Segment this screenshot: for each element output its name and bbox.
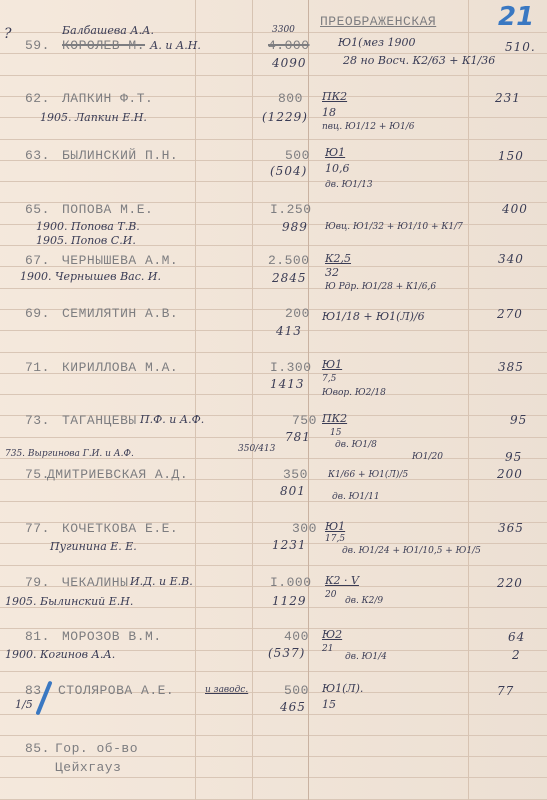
entry-name: КИРИЛЛОВА М.А. (62, 360, 178, 375)
entry-number: 85. (25, 741, 50, 756)
rule-line (0, 714, 547, 715)
entry-number: 65. (25, 202, 50, 217)
value-typed: 4.000 (268, 38, 310, 53)
right-value: 231 (495, 91, 521, 105)
value-typed: 300 (292, 521, 317, 536)
note: Ю2 (322, 628, 342, 641)
right-value: 270 (497, 307, 523, 321)
note: Ю1(Л). (322, 682, 363, 695)
name-suffix: А. и А.Н. (150, 39, 201, 52)
value-hand: 465 (280, 700, 306, 714)
value-hand: (537) (268, 646, 305, 660)
note: Ю Рдр. Ю1/28 + К1/6,6 (325, 282, 436, 292)
right-value: 64 (508, 630, 525, 644)
entry-number: 71. (25, 360, 50, 375)
right-value-2: 95 (505, 450, 522, 464)
value-typed: 800 (278, 91, 303, 106)
note: дв. К2/9 (345, 596, 383, 606)
rule-line (0, 437, 547, 438)
value-typed: I.300 (270, 360, 312, 375)
right-value: 365 (498, 521, 524, 535)
note: К1/66 + Ю1(Л)/5 (328, 470, 408, 480)
rule-line (0, 735, 547, 736)
value-hand: 801 (280, 484, 306, 498)
value-hand: 4090 (272, 56, 307, 70)
right-value: 200 (497, 467, 523, 481)
note: дв. Ю1/4 (345, 652, 387, 662)
rule-line (0, 288, 547, 289)
value-hand: 989 (282, 220, 308, 234)
note: пвц. Ю1/12 + Ю1/6 (322, 122, 414, 132)
rule-line (0, 501, 547, 502)
note: дв. Ю1/11 (332, 492, 380, 502)
entry-name: Гор. об-во (55, 741, 138, 756)
entry-number: 62. (25, 91, 50, 106)
note: Ю1 (322, 358, 342, 371)
right-value: 95 (510, 413, 527, 427)
column-divider (468, 0, 469, 800)
rule-line (0, 394, 547, 395)
value-hand: 1231 (272, 538, 307, 552)
rule-line (0, 565, 547, 566)
value-typed: 200 (285, 306, 310, 321)
sub-line: 1905. Былинский Е.Н. (5, 595, 133, 608)
right-value-2: 2 (512, 648, 521, 662)
entry-number: 69. (25, 306, 50, 321)
note: 15 (322, 698, 336, 711)
column-divider (195, 0, 196, 800)
rule-line (0, 756, 547, 757)
note: 21 (322, 644, 333, 654)
entry-name: СТОЛЯРОВА А.Е. (58, 683, 174, 698)
note: ПК2 (322, 412, 347, 425)
name-suffix: П.Ф. и А.Ф. (140, 413, 204, 426)
handwritten-name: Балбашева А.А. (62, 24, 154, 37)
right-value: 385 (498, 360, 524, 374)
note: 18 (322, 106, 336, 119)
right-value: 510. (505, 40, 536, 54)
entry-name: ЛАПКИН Ф.Т. (62, 91, 153, 106)
entry-name: БЫЛИНСКИЙ П.Н. (62, 148, 178, 163)
sub-line: 1900. Попова Т.В. (36, 220, 140, 233)
entry-name: ЧЕКАЛИНЫ (62, 575, 128, 590)
sub-line: 1900. Чернышев Вас. И. (20, 270, 161, 283)
entry-number: 77. (25, 521, 50, 536)
name-suffix: И.Д. и Е.В. (130, 575, 193, 588)
note: Ю1(мез 1900 (338, 36, 416, 49)
sub-line: 1900. Когинов А.А. (5, 648, 115, 661)
rule-line (0, 181, 547, 182)
entry-name: ТАГАНЦЕВЫ (62, 413, 137, 428)
column-divider (252, 0, 253, 800)
note: Ювц. Ю1/32 + Ю1/10 + К1/7 (325, 222, 463, 232)
value-hand: 1129 (272, 594, 307, 608)
note: дв. Ю1/13 (325, 180, 373, 190)
margin-mark: ? (4, 26, 12, 42)
rule-line (0, 352, 547, 353)
value-typed: 2.500 (268, 253, 310, 268)
value-typed: I.000 (270, 575, 312, 590)
entry-number: 81. (25, 629, 50, 644)
entry-name: ДМИТРИЕВСКАЯ А.Д. (47, 467, 188, 482)
value-hand: (1229) (262, 110, 308, 124)
margin-mark: 1/5 (15, 698, 33, 711)
value-hand: 781 (285, 430, 311, 444)
note: дв. Ю1/8 (335, 440, 377, 450)
note: Ю1 (325, 146, 345, 159)
value-hand: (504) (270, 164, 307, 178)
sub-line: Пугинина Е. Е. (50, 540, 137, 553)
entry-name: ЧЕРНЫШЕВА А.М. (62, 253, 178, 268)
rule-line (0, 139, 547, 140)
note: 32 (325, 266, 339, 279)
sub-line: 1905. Лапкин Е.Н. (40, 111, 147, 124)
entry-name: МОРОЗОВ В.М. (62, 629, 162, 644)
value-hand: 413 (276, 324, 302, 338)
right-value: 220 (497, 576, 523, 590)
entry-number: 59. (25, 38, 50, 53)
note: Ю1/18 + Ю1(Л)/6 (322, 310, 425, 323)
rule-line (0, 777, 547, 778)
column-header: ПРЕОБРАЖЕНСКАЯ (320, 14, 436, 29)
sub-line: 1905. Попов С.И. (36, 234, 136, 247)
note: К2 · V (325, 574, 359, 587)
value-hand: 2845 (272, 271, 307, 285)
name-suffix: и заводс. (205, 685, 248, 695)
note: 17,5 (325, 534, 345, 544)
sub-line: 735. Выргинова Г.И. и А.Ф. (5, 449, 134, 459)
note: 15 (330, 428, 341, 438)
value-typed: 500 (284, 683, 309, 698)
value-typed: 750 (292, 413, 317, 428)
note: ПК2 (322, 90, 347, 103)
right-value: 150 (498, 149, 524, 163)
note: К2,5 (325, 252, 351, 265)
note: дв. Ю1/24 + Ю1/10,5 + Ю1/5 (342, 546, 481, 556)
right-value: 77 (497, 684, 514, 698)
entry-name: КОЧЕТКОВА Е.Е. (62, 521, 178, 536)
value-hand: 1413 (270, 377, 305, 391)
value-typed: 500 (285, 148, 310, 163)
right-value: 400 (502, 202, 528, 216)
note: Ю1/20 (412, 452, 443, 462)
sub-value: 350/413 (238, 444, 275, 454)
right-value: 340 (498, 252, 524, 266)
entry-name: ПОПОВА М.Е. (62, 202, 153, 217)
sub-line: Цейхгауз (55, 760, 121, 775)
struck-name: КОРОЛЕВ М. (62, 38, 145, 53)
page-number: 21 (498, 2, 534, 32)
entry-name: СЕМИЛЯТИН А.В. (62, 306, 178, 321)
column-divider (308, 0, 309, 800)
note: 20 (325, 590, 336, 600)
entry-number: 79. (25, 575, 50, 590)
value-typed: I.250 (270, 202, 312, 217)
note: 7,5 (322, 374, 336, 384)
ledger-page: ПРЕОБРАЖЕНСКАЯ 21 ? Балбашева А.А. 59. К… (0, 0, 547, 800)
value-typed: 400 (284, 629, 309, 644)
rule-line (0, 671, 547, 672)
rule-line (0, 330, 547, 331)
note: 10,6 (325, 162, 350, 175)
rule-line (0, 75, 547, 76)
note: 28 но Восч. К2/63 + К1/36 (343, 54, 495, 67)
entry-number: 73. (25, 413, 50, 428)
entry-number: 67. (25, 253, 50, 268)
value-above: 3300 (272, 25, 295, 35)
value-typed: 350 (283, 467, 308, 482)
note: Ювор. Ю2/18 (322, 388, 386, 398)
note: Ю1 (325, 520, 345, 533)
entry-number: 63. (25, 148, 50, 163)
